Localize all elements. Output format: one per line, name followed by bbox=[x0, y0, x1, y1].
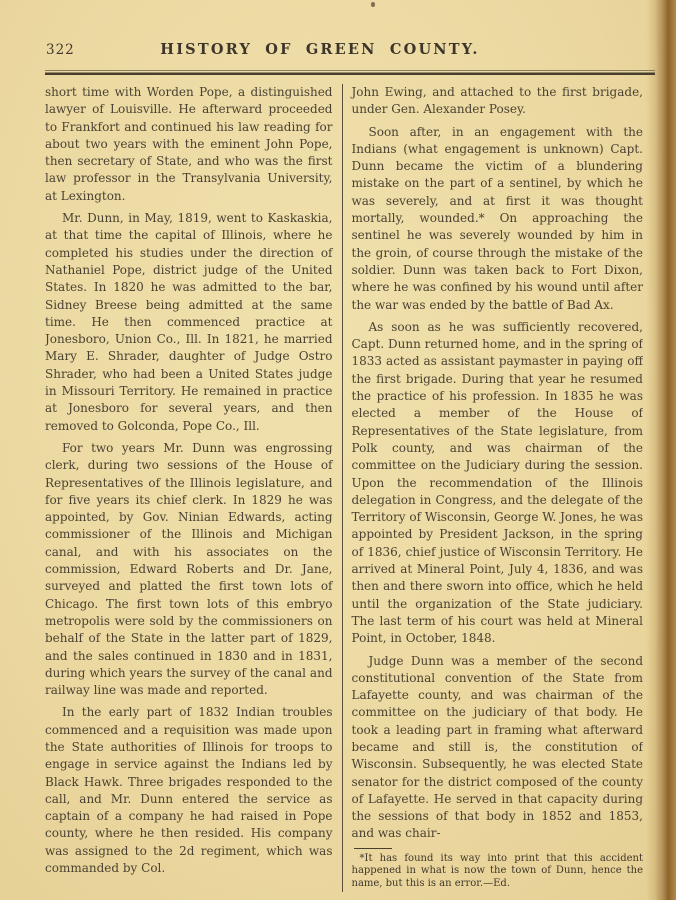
book-page: 322 HISTORY OF GREEN COUNTY. short time … bbox=[0, 0, 676, 900]
right-column: John Ewing, and attached to the first br… bbox=[343, 84, 644, 892]
paragraph: As soon as he was sufficiently recovered… bbox=[352, 319, 644, 648]
page-title: HISTORY OF GREEN COUNTY. bbox=[0, 41, 640, 58]
paragraph: In the early part of 1832 Indian trouble… bbox=[45, 704, 333, 877]
left-column: short time with Worden Pope, a distingui… bbox=[45, 84, 342, 892]
paragraph: short time with Worden Pope, a distingui… bbox=[45, 84, 333, 205]
footnote: *It has found its way into print that th… bbox=[352, 853, 644, 891]
paragraph: Soon after, in an engagement with the In… bbox=[352, 124, 644, 314]
paragraph: John Ewing, and attached to the first br… bbox=[352, 84, 644, 119]
paragraph: Judge Dunn was a member of the second co… bbox=[352, 653, 644, 843]
page-edge-shadow bbox=[646, 0, 676, 900]
header-rule bbox=[45, 70, 655, 75]
text-columns: short time with Worden Pope, a distingui… bbox=[45, 84, 643, 892]
paragraph: For two years Mr. Dunn was engrossing cl… bbox=[45, 440, 333, 699]
footnote-rule bbox=[354, 848, 392, 849]
ink-speck bbox=[371, 2, 375, 7]
paragraph: Mr. Dunn, in May, 1819, went to Kaskaski… bbox=[45, 210, 333, 435]
